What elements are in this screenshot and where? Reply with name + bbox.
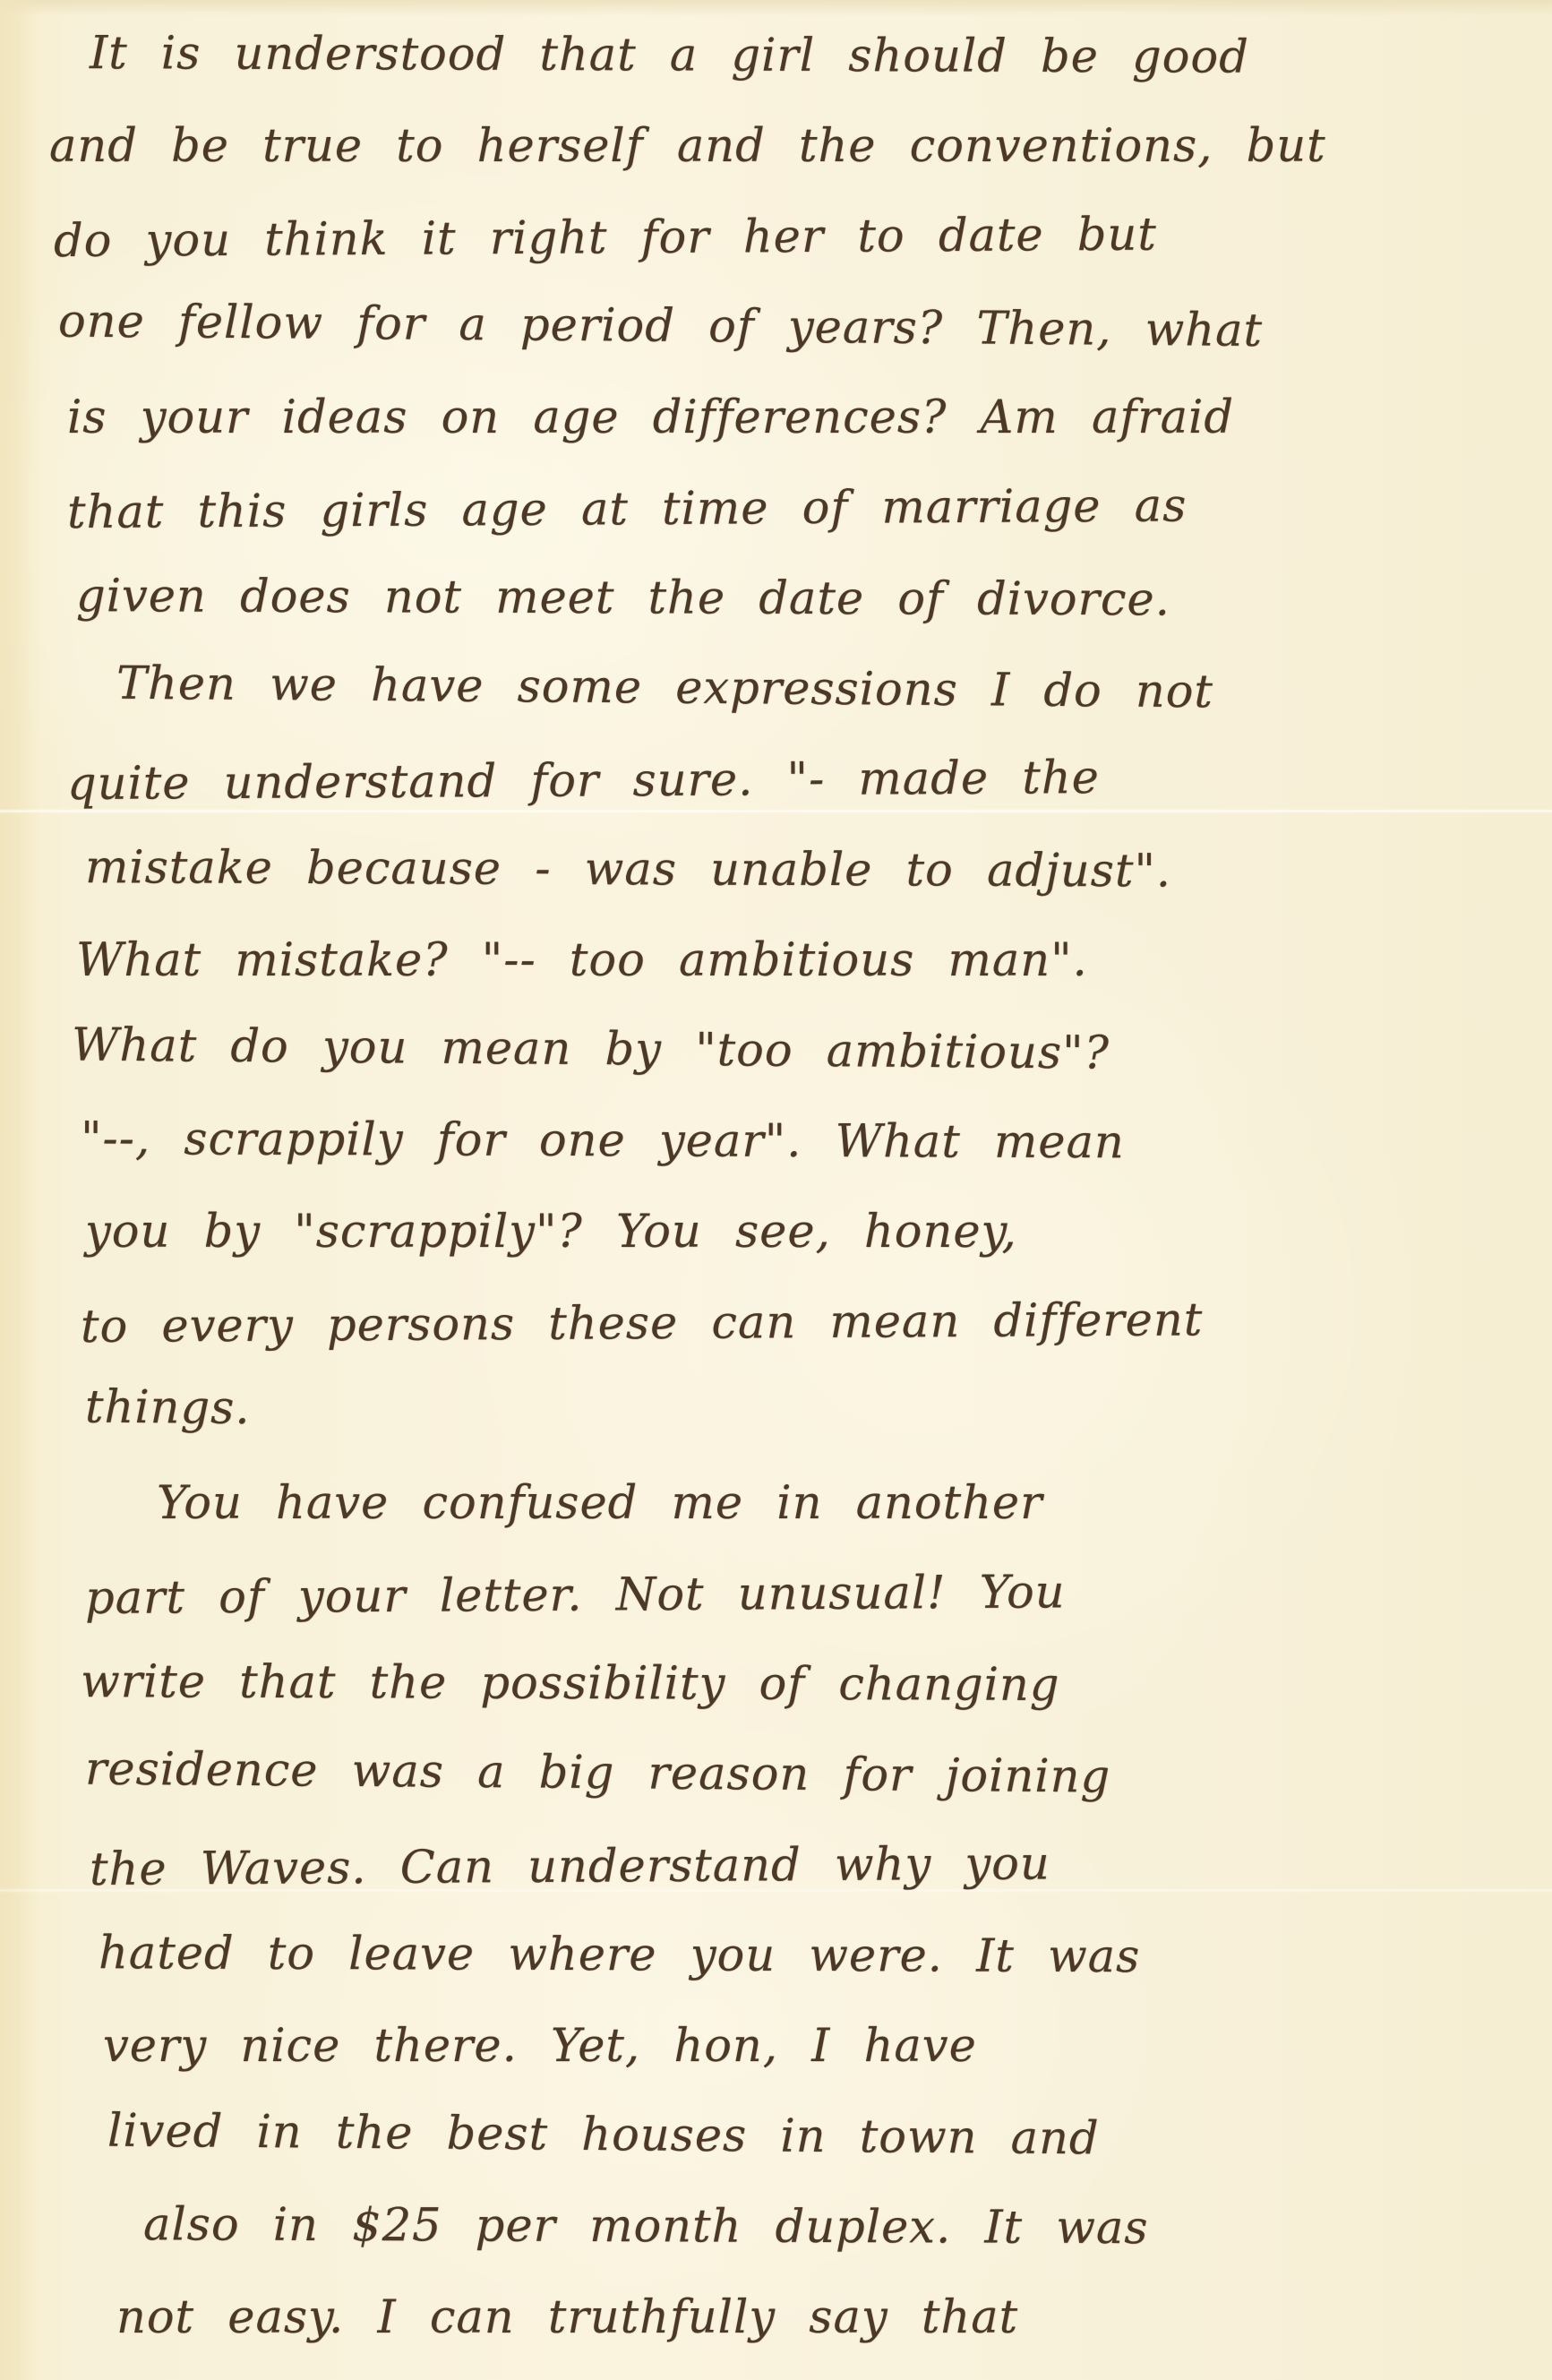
letter-line: the Waves. Can understand why you bbox=[90, 1816, 1552, 1915]
letter-line: residence was a big reason for joining bbox=[85, 1724, 1552, 1826]
letter-line: part of your letter. Not unusual! You bbox=[85, 1544, 1552, 1644]
letter-page: It is understood that a girl should be g… bbox=[0, 0, 1552, 2380]
letter-line: What do you mean by "too ambitious"? bbox=[72, 1001, 1552, 1103]
letter-line: also in $25 per month duplex. It was bbox=[143, 2179, 1552, 2274]
letter-line: and be true to herself and the conventio… bbox=[49, 101, 1552, 192]
letter-line: hated to leave where you were. It was bbox=[99, 1908, 1552, 2004]
letter-line: not easy. I can truthfully say that bbox=[116, 2273, 1552, 2363]
letter-line: do you think it right for her to date bu… bbox=[54, 187, 1552, 287]
letter-line: one fellow for a period of years? Then, … bbox=[58, 276, 1552, 378]
letter-line: lived in the best houses in town and bbox=[107, 2086, 1552, 2188]
letter-line: you by "scrappily"? You see, honey, bbox=[85, 1187, 1552, 1277]
letter-line: things. bbox=[85, 1362, 1552, 1465]
letter-line: It is understood that a girl should be g… bbox=[90, 8, 1552, 104]
letter-line: mistake because - was unable to adjust". bbox=[85, 822, 1552, 918]
letter-line: "--, scrappily for one year". What mean bbox=[81, 1094, 1552, 1190]
letter-line: You have confused me in another bbox=[157, 1458, 1552, 1549]
letter-line: given does not meet the date of divorce. bbox=[76, 551, 1552, 647]
letter-line: very nice there. Yet, hon, I have bbox=[103, 2001, 1552, 2092]
handwritten-text-block: It is understood that a girl should be g… bbox=[0, 11, 1552, 2363]
letter-line: write that the possibility of changing bbox=[81, 1637, 1552, 1732]
letter-line: Then we have some expressions I do not bbox=[116, 639, 1552, 741]
letter-line: quite understand for sure. "- made the bbox=[67, 730, 1552, 829]
letter-line: What mistake? "-- too ambitious man". bbox=[76, 915, 1552, 1006]
letter-line: to every persons these can mean differen… bbox=[81, 1273, 1552, 1372]
letter-line: is your ideas on age differences? Am afr… bbox=[67, 373, 1552, 463]
letter-line: that this girls age at time of marriage … bbox=[67, 459, 1552, 558]
